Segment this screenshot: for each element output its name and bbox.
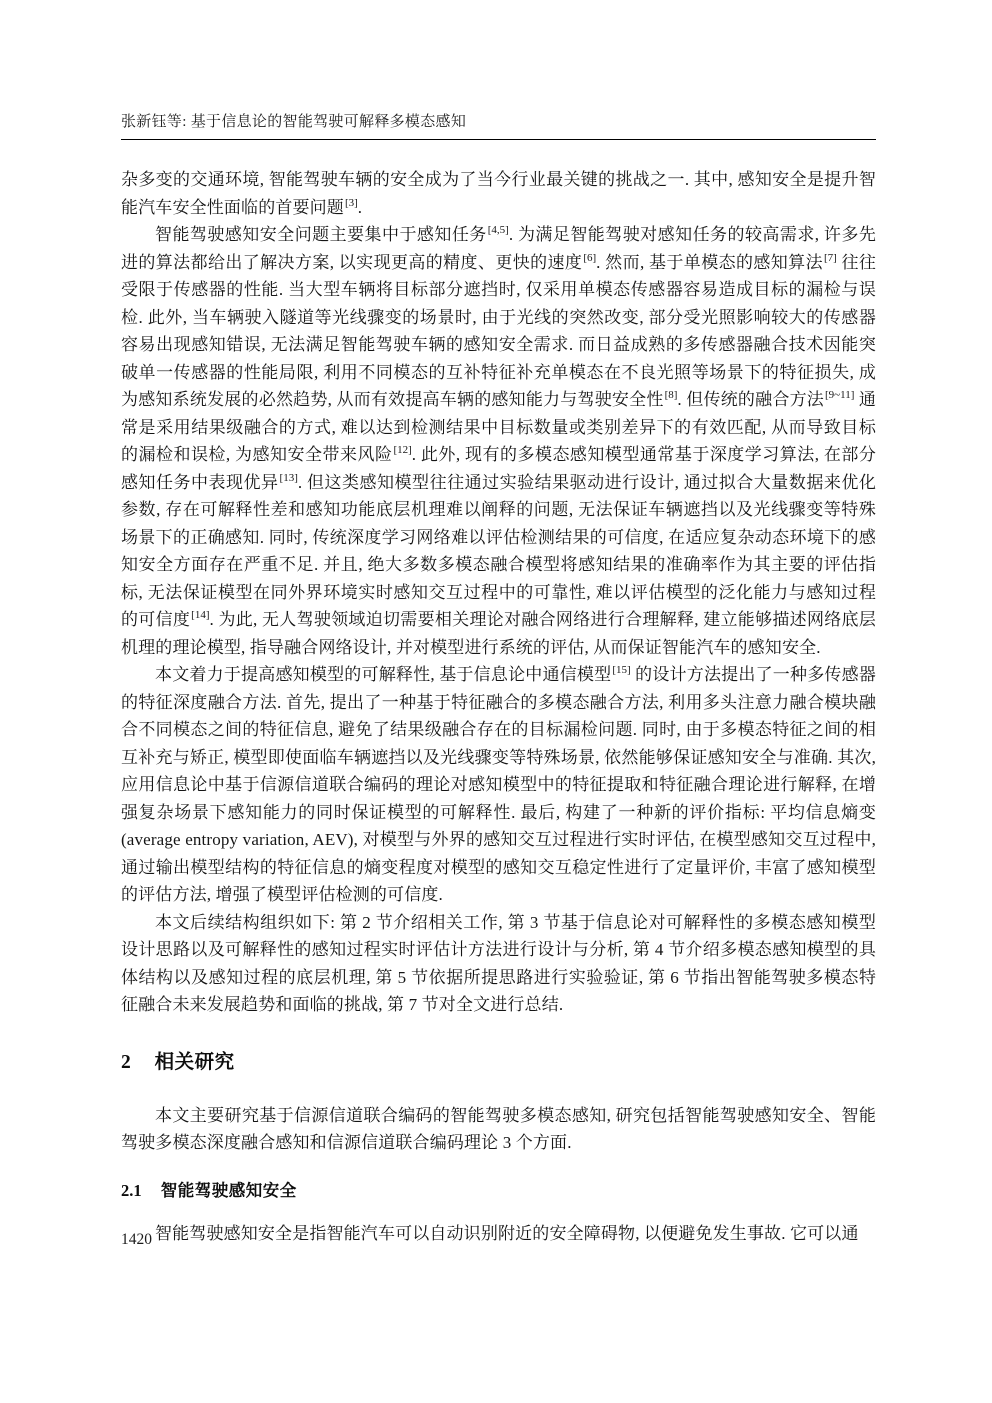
header-rule xyxy=(121,139,876,140)
citation-ref: [15] xyxy=(612,664,630,676)
paper-page: 张新钰等: 基于信息论的智能驾驶可解释多模态感知 杂多变的交通环境, 智能驾驶车… xyxy=(0,0,992,1247)
page-number: 1420 xyxy=(121,1231,152,1249)
subsection-number: 2.1 xyxy=(121,1181,142,1200)
paragraph-related-work-intro: 本文主要研究基于信源信道联合编码的智能驾驶多模态感知, 研究包括智能驾驶感知安全… xyxy=(121,1102,876,1157)
citation-ref: [7] xyxy=(824,252,837,264)
page-header: 张新钰等: 基于信息论的智能驾驶可解释多模态感知 xyxy=(121,112,876,140)
citation-ref: [3] xyxy=(345,197,358,209)
citation-ref: [14] xyxy=(191,609,209,621)
citation-ref: [4,5] xyxy=(488,224,509,236)
subsection-title: 智能驾驶感知安全 xyxy=(161,1182,297,1200)
paragraph-perception-safety-intro: 智能驾驶感知安全是指智能汽车可以自动识别附近的安全障碍物, 以便避免发生事故. … xyxy=(121,1220,876,1248)
section-title: 相关研究 xyxy=(155,1051,235,1073)
citation-ref: [13] xyxy=(280,472,298,484)
citation-ref: [12] xyxy=(393,444,411,456)
citation-ref: [9~11] xyxy=(825,389,854,401)
paragraph-intro-tail: 杂多变的交通环境, 智能驾驶车辆的安全成为了当今行业最关键的挑战之一. 其中, … xyxy=(121,166,876,221)
citation-ref: [8] xyxy=(665,389,678,401)
paragraph-contributions: 本文着力于提高感知模型的可解释性, 基于信息论中通信模型[15] 的设计方法提出… xyxy=(121,661,876,909)
section-number: 2 xyxy=(121,1052,131,1073)
subsection-heading-perception-safety: 2.1 智能驾驶感知安全 xyxy=(121,1180,876,1202)
article-body: 杂多变的交通环境, 智能驾驶车辆的安全成为了当今行业最关键的挑战之一. 其中, … xyxy=(121,166,876,1247)
section-heading-related-work: 2 相关研究 xyxy=(121,1050,876,1075)
paragraph-structure-overview: 本文后续结构组织如下: 第 2 节介绍相关工作, 第 3 节基于信息论对可解释性… xyxy=(121,909,876,1019)
paragraph-perception-challenges: 智能驾驶感知安全问题主要集中于感知任务[4,5]. 为满足智能驾驶对感知任务的较… xyxy=(121,221,876,661)
citation-ref: [6] xyxy=(583,252,596,264)
running-head: 张新钰等: 基于信息论的智能驾驶可解释多模态感知 xyxy=(121,112,876,132)
